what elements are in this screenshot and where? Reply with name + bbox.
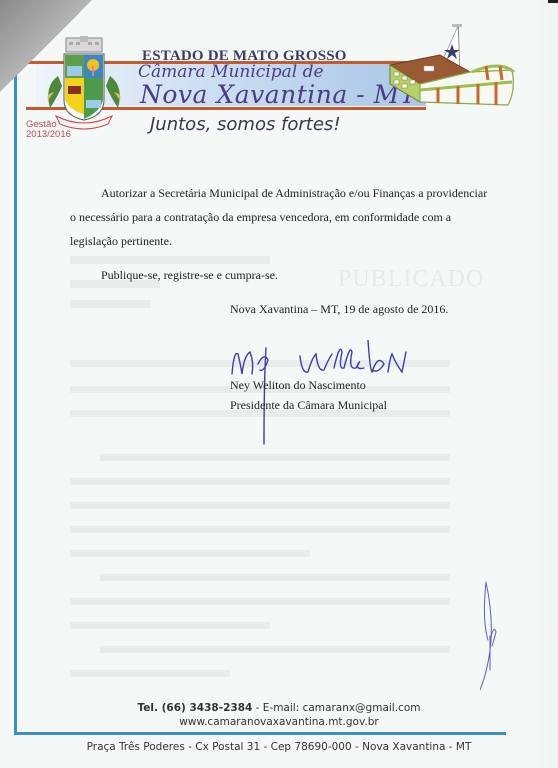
contact-line: Tel. (66) 3438-2384 - E-mail: camaranx@g… <box>0 702 558 714</box>
bleed-through-line <box>70 526 450 533</box>
bleed-through-line <box>70 478 450 485</box>
left-frame-line <box>14 64 17 735</box>
slogan: Juntos, somos fortes! <box>150 114 341 135</box>
place-and-date: Nova Xavantina – MT, 19 de agosto de 201… <box>230 302 448 317</box>
bleed-through-line <box>100 454 450 461</box>
email-address[interactable]: - E-mail: camaranx@gmail.com <box>252 702 420 714</box>
bleed-through-stamp: PUBLICADO <box>338 266 484 293</box>
term-years: 2013/2016 <box>26 130 71 140</box>
bleed-through-line <box>70 550 310 557</box>
bleed-through-line <box>70 622 270 629</box>
bleed-through-line <box>70 300 150 308</box>
document-page: ESTADO DE MATO GROSSO Câmara Municipal d… <box>0 0 558 768</box>
authorization-paragraph-line2: o necessário para a contratação da empre… <box>70 210 451 225</box>
initials-rubric-icon <box>480 580 520 700</box>
signatory-name: Ney Weliton do Nascimento <box>230 378 366 393</box>
bleed-through-line <box>70 502 450 509</box>
term-label: Gestão 2013/2016 <box>26 120 71 140</box>
authorization-paragraph-line3: legislação pertinente. <box>70 234 172 249</box>
signatory-title: Presidente da Câmara Municipal <box>230 398 387 413</box>
authorization-paragraph-line1: Autorizar a Secretária Municipal de Admi… <box>101 186 487 201</box>
scanner-edge <box>548 0 558 3</box>
bleed-through-line <box>100 646 450 653</box>
website-link[interactable]: www.camaranovaxavantina.mt.gov.br <box>0 716 558 728</box>
institution-name-line1: Câmara Municipal de <box>138 62 324 82</box>
postal-address: Praça Três Poderes - Cx Postal 31 - Cep … <box>0 741 558 753</box>
bleed-through-line <box>100 574 450 581</box>
publication-order: Publique-se, registre-se e cumpra-se. <box>101 268 278 283</box>
bottom-frame-line <box>14 732 506 735</box>
bleed-through-line <box>70 670 230 677</box>
coat-of-arms-icon <box>36 36 132 132</box>
institution-name-line2: Nova Xavantina - MT <box>140 80 417 109</box>
building-boat-icon <box>380 10 520 110</box>
bleed-through-line <box>70 256 270 264</box>
bleed-through-line <box>70 598 450 605</box>
phone-number: Tel. (66) 3438-2384 <box>138 702 253 714</box>
handwritten-signature-icon <box>228 340 418 450</box>
